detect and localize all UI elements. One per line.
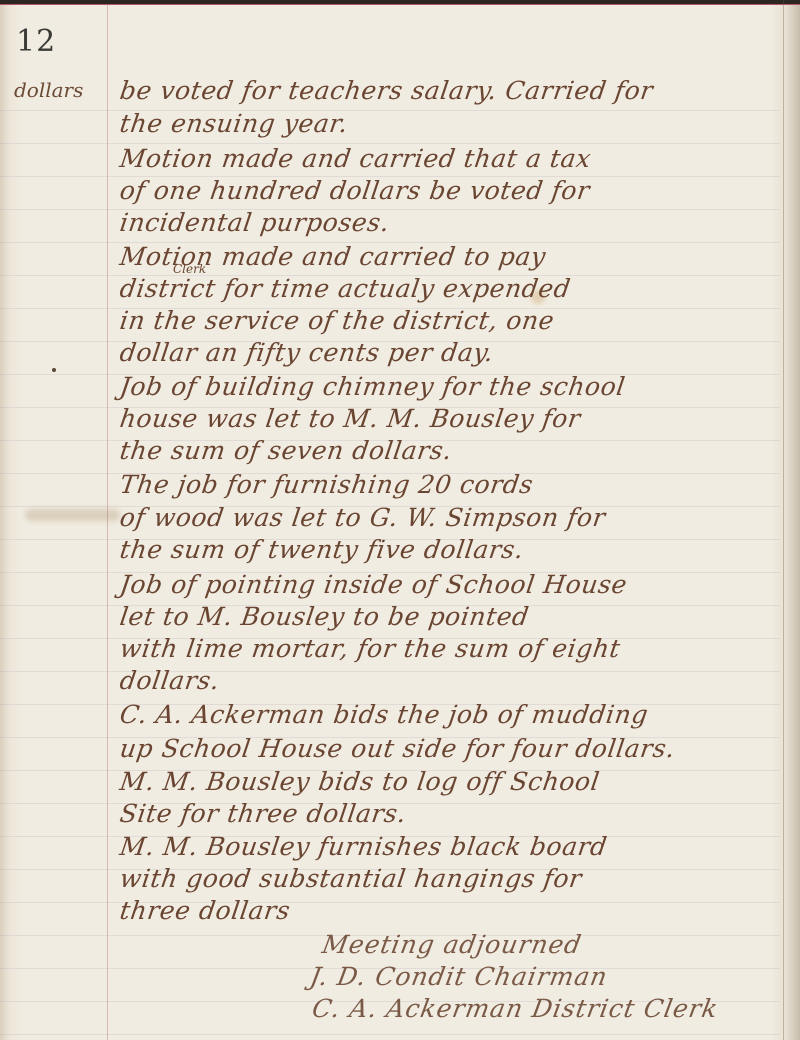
- text-line: the sum of twenty five dollars.: [118, 535, 526, 564]
- text-line: Site for three dollars.: [118, 799, 408, 828]
- ruled-line: [0, 671, 780, 672]
- text-line: the ensuing year.: [118, 109, 350, 138]
- text-line: Motion made and carried that a tax: [118, 144, 593, 173]
- margin-rule: [107, 4, 108, 1040]
- ruled-line: [0, 1034, 780, 1035]
- ruled-line: [0, 902, 780, 903]
- text-line: up School House out side for four dollar…: [118, 734, 677, 763]
- ink-smudge: [25, 509, 120, 521]
- page-number: 12: [16, 24, 56, 59]
- clerk-signature: C. A. Ackerman District Clerk: [310, 994, 721, 1023]
- text-line: in the service of the district, one: [118, 306, 556, 335]
- page-top-edge: [0, 0, 800, 4]
- text-line: incidental purposes.: [118, 208, 391, 237]
- text-line: The job for furnishing 20 cords: [118, 470, 535, 499]
- text-line: C. A. Ackerman bids the job of mudding: [118, 700, 650, 729]
- chairman-signature: J. D. Condit Chairman: [308, 962, 610, 991]
- text-line: be voted for teachers salary. Carried fo…: [118, 76, 655, 105]
- text-line: Job of building chimney for the school: [118, 372, 627, 401]
- text-line: house was let to M. M. Bousley for: [118, 404, 583, 433]
- text-line: Job of pointing inside of School House: [118, 570, 629, 599]
- text-line: dollar an fifty cents per day.: [118, 338, 496, 367]
- page-gutter-edge: [783, 0, 784, 1040]
- ruled-line: [0, 110, 780, 111]
- text-line: let to M. Bousley to be pointed: [118, 602, 531, 631]
- text-line: dollars.: [118, 666, 222, 695]
- text-line: of wood was let to G. W. Simpson for: [118, 503, 607, 532]
- text-line: of one hundred dollars be voted for: [118, 176, 592, 205]
- text-line: with lime mortar, for the sum of eight: [118, 634, 622, 663]
- text-line: the sum of seven dollars.: [118, 436, 454, 465]
- text-line: M. M. Bousley bids to log off School: [118, 767, 602, 796]
- text-line: with good substantial hangings for: [118, 864, 584, 893]
- meeting-adjourned: Meeting adjourned: [320, 930, 584, 959]
- text-line: three dollars: [118, 896, 292, 925]
- margin-note: dollars: [14, 78, 83, 102]
- ledger-page: 12 dollars be voted for teachers salary.…: [0, 0, 800, 1040]
- text-line: district for time actualy expended: [118, 274, 573, 303]
- text-line: M. M. Bousley furnishes black board: [118, 832, 609, 861]
- ink-dot: [52, 368, 56, 372]
